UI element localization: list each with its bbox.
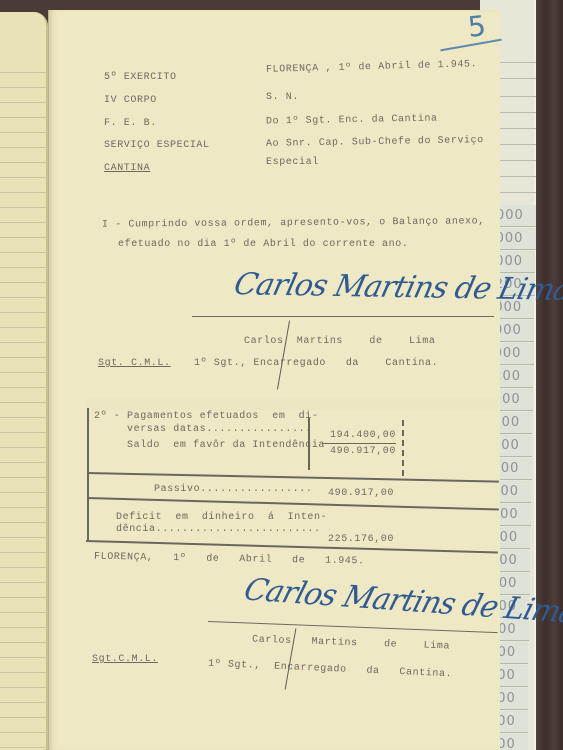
notebook-rule — [0, 567, 46, 568]
torn-page-edge — [86, 398, 498, 410]
table-left-border — [87, 408, 89, 540]
left-notebook-page — [0, 12, 48, 750]
notebook-rule — [0, 357, 46, 358]
header-cantina: CANTINA — [104, 163, 150, 174]
notebook-rule — [0, 117, 46, 118]
header-feb: F. E. B. — [104, 118, 157, 129]
notebook-rule — [0, 282, 46, 283]
ledger-rule — [500, 62, 536, 63]
saldo-value: 490.917,00 — [330, 446, 396, 457]
notebook-rule — [0, 462, 46, 463]
notebook-rule — [0, 447, 46, 448]
signature-1-line — [192, 316, 494, 317]
notebook-rule — [0, 657, 46, 658]
header-reference: S. N. — [266, 92, 299, 103]
notebook-rule — [0, 582, 46, 583]
notebook-rule — [0, 687, 46, 688]
notebook-rule — [0, 732, 46, 733]
header-army: 5º EXERCITO — [104, 72, 177, 83]
notebook-rule — [0, 237, 46, 238]
body-paragraph-line2: efetuado no dia 1º de Abril do corrente … — [118, 239, 408, 250]
notebook-rule — [0, 492, 46, 493]
notebook-rule — [0, 297, 46, 298]
signature-1-initials: Sgt. C.M.L. — [98, 358, 171, 369]
notebook-rule — [0, 342, 46, 343]
ledger-rule — [500, 160, 536, 161]
notebook-rule — [0, 672, 46, 673]
item2-line1: 2º - Pagamentos efetuados em di- — [94, 411, 318, 422]
deficit-line1: Deficit em dinheiro á Inten- — [116, 512, 327, 523]
notebook-rule — [0, 627, 46, 628]
header-to-line2: Especial — [266, 157, 319, 168]
notebook-rule — [0, 87, 46, 88]
signature-1-name: Carlos Martins de Lima — [244, 336, 435, 347]
notebook-rule — [0, 552, 46, 553]
notebook-rule — [0, 177, 46, 178]
header-service: SERVIÇO ESPECIAL — [104, 140, 210, 151]
header-corps: IV CORPO — [104, 95, 157, 106]
desk-background-right — [533, 0, 563, 750]
notebook-rule — [0, 522, 46, 523]
handwritten-page-number: 5 — [466, 9, 487, 44]
notebook-rule — [0, 222, 46, 223]
ledger-rule — [500, 192, 536, 193]
signature-1-role: 1º Sgt., Encarregado da Cantina. — [194, 358, 438, 369]
ledger-rule — [500, 112, 536, 113]
deficit-line2: dência......................... — [116, 524, 321, 535]
notebook-rule — [0, 267, 46, 268]
notebook-rule — [0, 402, 46, 403]
table-dashed-divider — [402, 420, 404, 476]
notebook-rule — [0, 102, 46, 103]
notebook-rule — [0, 747, 46, 748]
notebook-rule — [0, 477, 46, 478]
notebook-rule — [0, 192, 46, 193]
notebook-rule — [0, 312, 46, 313]
notebook-rule — [0, 162, 46, 163]
notebook-rule — [0, 387, 46, 388]
notebook-rule — [0, 432, 46, 433]
notebook-rule — [0, 327, 46, 328]
notebook-rule — [0, 147, 46, 148]
notebook-rule — [0, 702, 46, 703]
item2-line3: Saldo em favôr da Intendência — [94, 440, 325, 451]
notebook-rule — [0, 642, 46, 643]
passivo-label: Passivo................. — [154, 484, 312, 495]
ledger-rule — [500, 176, 536, 177]
ledger-rule — [500, 144, 536, 145]
signature-1: Carlos Martins de Lima — [231, 267, 563, 308]
notebook-rule — [0, 72, 46, 73]
notebook-rule — [0, 417, 46, 418]
notebook-rule — [0, 537, 46, 538]
sum-underline — [322, 443, 396, 444]
signature-2-initials: Sgt.C.M.L. — [92, 654, 158, 665]
notebook-rule — [0, 717, 46, 718]
notebook-rule — [0, 372, 46, 373]
notebook-rule — [0, 612, 46, 613]
payments-value: 194.400,00 — [330, 430, 396, 441]
notebook-rule — [0, 507, 46, 508]
notebook-rule — [0, 597, 46, 598]
ledger-rule — [500, 96, 536, 97]
deficit-value: 225.176,00 — [328, 534, 394, 545]
notebook-rule — [0, 132, 46, 133]
item2-line2: versas datas................ — [94, 424, 312, 435]
ledger-rule — [500, 78, 536, 79]
notebook-rule — [0, 207, 46, 208]
ledger-rule — [500, 128, 536, 129]
passivo-value: 490.917,00 — [328, 488, 394, 499]
notebook-rule — [0, 252, 46, 253]
